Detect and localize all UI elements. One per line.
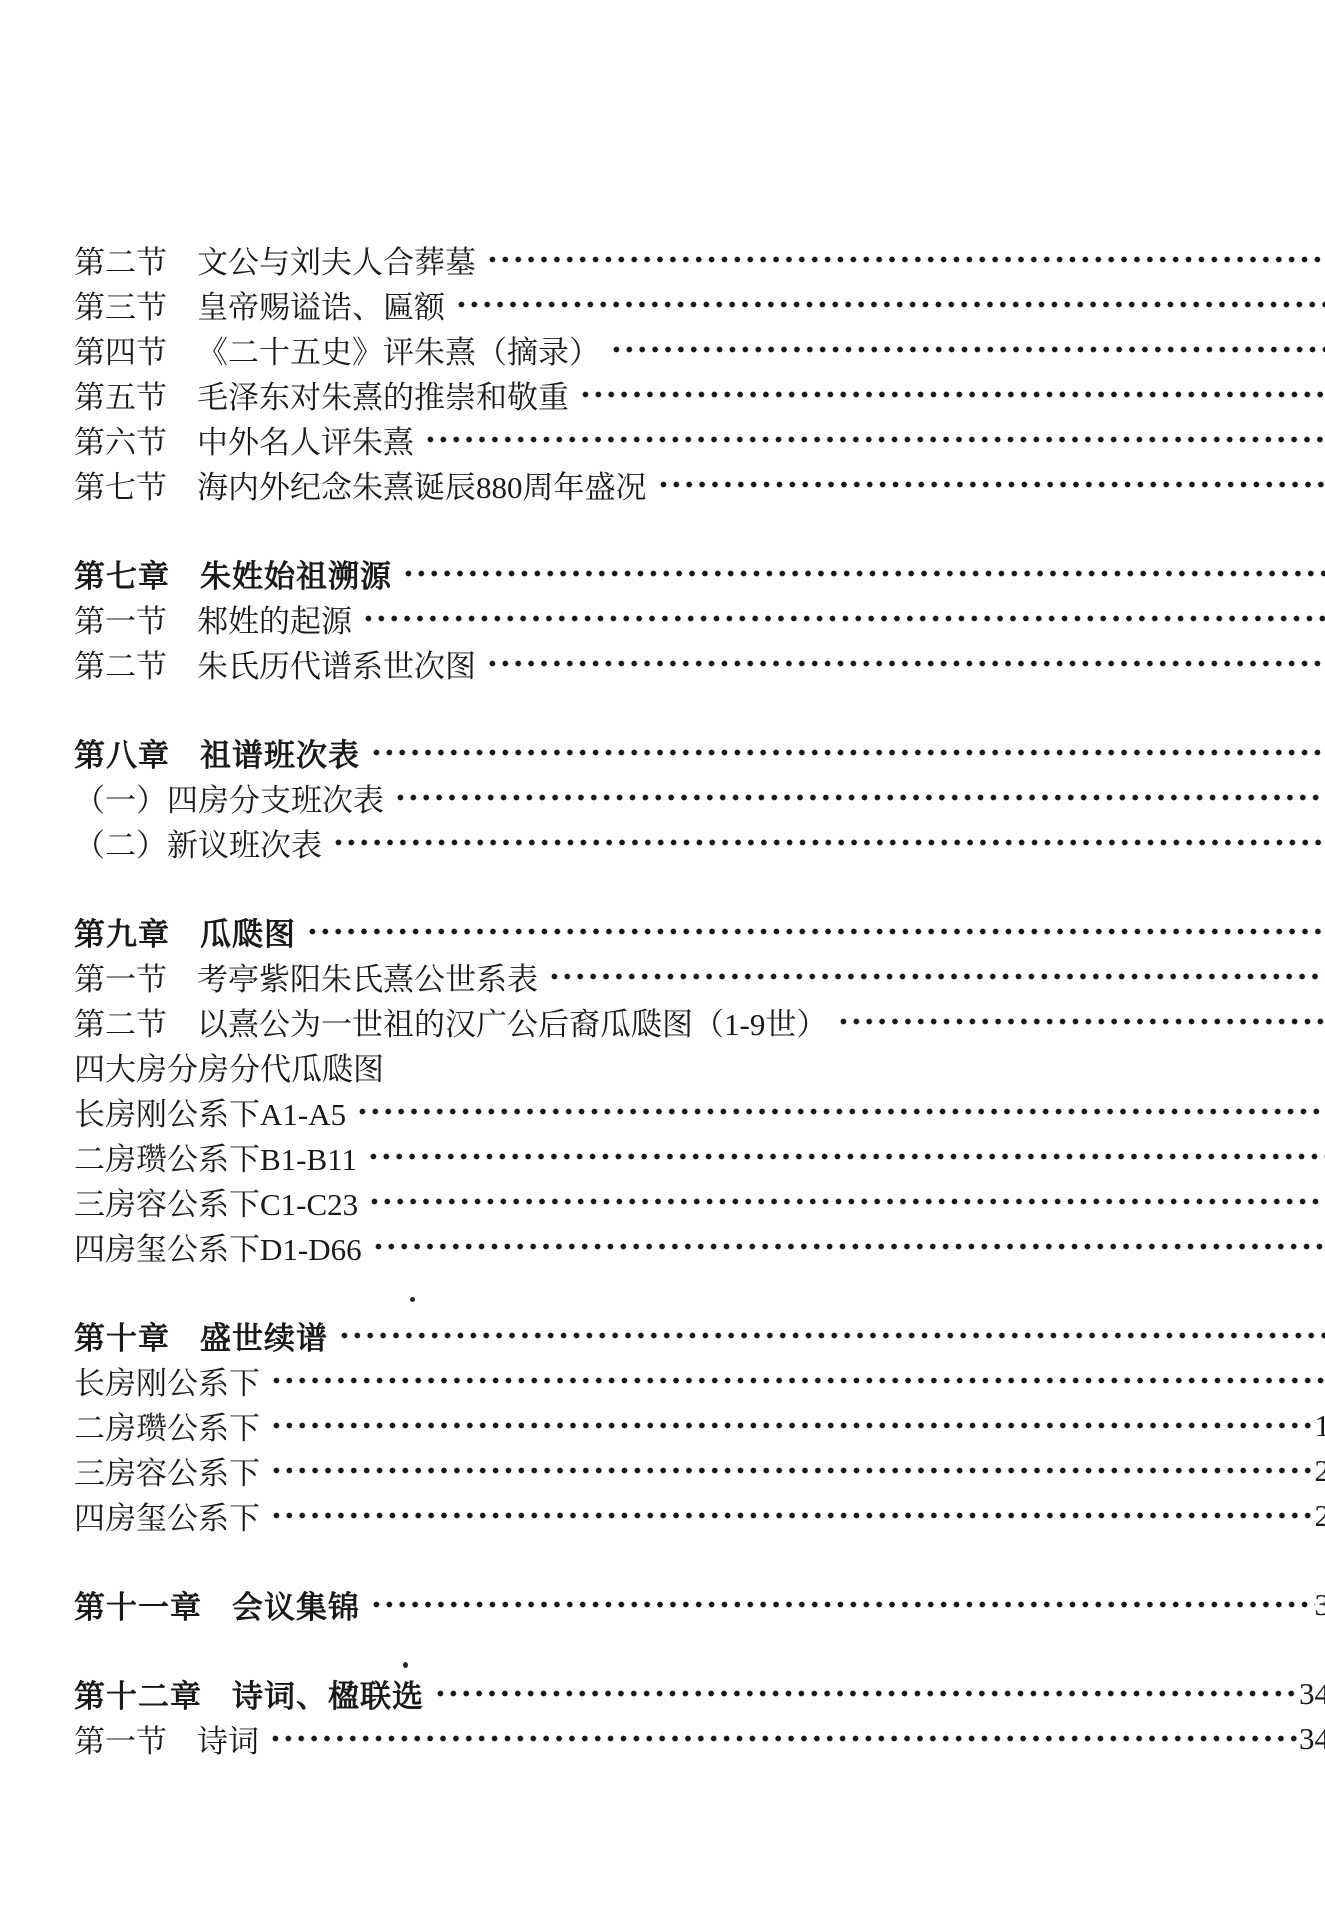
toc-chapter-entry: 第八章 祖谱班次表 [74,730,1325,775]
toc-chapter-entry: 第十章 盛世续谱 [74,1313,1325,1358]
dot-leader [434,1671,1299,1716]
toc-entry-number: 第六节 [74,417,167,462]
toc-entry-title: 皇帝赐谥诰、匾额 [197,282,445,327]
page-number: 1 [1315,1408,1325,1444]
toc-entry: 第二节 文公与刘夫人合葬墓 [74,237,1325,282]
dot-leader [338,1313,1325,1358]
toc-entry-title: 四房玺公系下D1-D66 [74,1224,362,1269]
toc-entry: （二）新议班次表 [74,820,1325,865]
page-number: 34 [1299,1721,1325,1757]
dot-leader [657,462,1325,507]
toc-entry-title: 长房刚公系下 [74,1358,260,1403]
toc-entry-title: 海内外纪念朱熹诞辰880周年盛况 [197,462,647,507]
toc-entry-title: 以熹公为一世祖的汉广公后裔瓜瓞图（1-9世） [197,999,827,1044]
toc-entry: （一）四房分支班次表 [74,775,1325,820]
toc-entry-title: 诗词、楹联选 [232,1671,424,1716]
toc-entry-number: 第八章 [74,730,170,775]
dot-leader [368,1179,1325,1224]
dot-leader [455,282,1325,327]
toc-chapter-entry: 第十一章 会议集锦 3 [74,1582,1325,1627]
toc-entry-title: 朱姓始祖溯源 [200,551,392,596]
dot-leader [270,1493,1315,1538]
dot-leader [486,641,1325,686]
toc-entry: 四房玺公系下 2 [74,1493,1325,1538]
toc-entry-title: 文公与刘夫人合葬墓 [197,237,476,282]
toc-entry: 长房刚公系下A1-A5 [74,1089,1325,1134]
toc-entry-number: 第十章 [74,1313,170,1358]
toc-entry-number: 第十一章 [74,1582,202,1627]
page-number: 2 [1315,1453,1325,1489]
toc-entry-title: （二）新议班次表 [74,820,322,865]
page-number: 3 [1315,1587,1325,1623]
table-of-contents: 第二节 文公与刘夫人合葬墓 第三节 皇帝赐谥诰、匾额 第四节 《二十五史》评朱熹… [74,237,1325,1761]
dot-leader [270,1403,1315,1448]
toc-entry-title: 祖谱班次表 [200,730,360,775]
toc-entry-title: 二房瓒公系下 [74,1403,260,1448]
dot-leader [548,954,1325,999]
dot-leader [837,999,1325,1044]
toc-entry: 三房容公系下 2 [74,1448,1325,1493]
toc-chapter-entry: 第九章 瓜瓞图 [74,909,1325,954]
toc-entry: 第一节 考亭紫阳朱氏熹公世系表 [74,954,1325,999]
toc-entry-title: 会议集锦 [232,1582,360,1627]
toc-entry-number: 第一节 [74,1716,167,1761]
toc-entry-title: 中外名人评朱熹 [197,417,414,462]
dot-leader [270,1448,1315,1493]
toc-entry: 第七节 海内外纪念朱熹诞辰880周年盛况 [74,462,1325,507]
toc-entry-number: 第二节 [74,237,167,282]
scan-artifact-dot [410,1297,415,1302]
page-number: 34 [1299,1676,1325,1712]
toc-entry-number: 第七节 [74,462,167,507]
dot-leader [402,551,1325,596]
toc-entry: 第二节 朱氏历代谱系世次图 [74,641,1325,686]
toc-entry: 第四节 《二十五史》评朱熹（摘录） [74,327,1325,372]
dot-leader [424,417,1325,462]
toc-entry-title: 朱氏历代谱系世次图 [197,641,476,686]
toc-entry: 第五节 毛泽东对朱熹的推崇和敬重 [74,372,1325,417]
toc-entry-number: 第九章 [74,909,170,954]
dot-leader [332,820,1325,865]
toc-entry-title: （一）四房分支班次表 [74,775,384,820]
dot-leader [370,730,1325,775]
toc-entry: 三房容公系下C1-C23 [74,1179,1325,1224]
toc-chapter-entry: 第十二章 诗词、楹联选 34 [74,1671,1325,1716]
dot-leader [370,1582,1315,1627]
toc-entry-title: 四大房分房分代瓜瓞图 [74,1044,384,1089]
dot-leader [356,1089,1325,1134]
toc-entry-number: 第四节 [74,327,167,372]
dot-leader [269,1716,1299,1761]
toc-entry: 第一节 诗词 34 [74,1716,1325,1761]
toc-entry-number: 第七章 [74,551,170,596]
dot-leader [486,237,1325,282]
dot-leader [610,327,1325,372]
dot-leader [372,1224,1325,1269]
dot-leader [270,1358,1325,1403]
toc-entry-title: 二房瓒公系下B1-B11 [74,1134,357,1179]
dot-leader [306,909,1325,954]
toc-entry-number: 第一节 [74,954,167,999]
toc-entry-number: 第一节 [74,596,167,641]
toc-entry-number: 第五节 [74,372,167,417]
dot-leader [367,1134,1325,1179]
toc-entry: 二房瓒公系下 1 [74,1403,1325,1448]
scan-artifact-dot [403,1662,408,1668]
toc-entry-title: 四房玺公系下 [74,1493,260,1538]
dot-leader [394,775,1325,820]
toc-entry-title: 长房刚公系下A1-A5 [74,1089,346,1134]
toc-entry-title: 盛世续谱 [200,1313,328,1358]
toc-entry-number: 第十二章 [74,1671,202,1716]
toc-entry-title: 《二十五史》评朱熹（摘录） [197,327,600,372]
toc-entry-title: 诗词 [197,1716,259,1761]
toc-entry: 四大房分房分代瓜瓞图 [74,1044,1325,1089]
toc-entry-number: 第三节 [74,282,167,327]
toc-entry-title: 瓜瓞图 [200,909,296,954]
toc-entry: 第二节 以熹公为一世祖的汉广公后裔瓜瓞图（1-9世） [74,999,1325,1044]
toc-entry: 第三节 皇帝赐谥诰、匾额 [74,282,1325,327]
toc-entry: 第一节 邾姓的起源 [74,596,1325,641]
dot-leader [362,596,1325,641]
toc-entry-title: 三房容公系下 [74,1448,260,1493]
toc-entry-title: 考亭紫阳朱氏熹公世系表 [197,954,538,999]
toc-entry-title: 邾姓的起源 [197,596,352,641]
toc-entry: 四房玺公系下D1-D66 [74,1224,1325,1269]
toc-entry: 长房刚公系下 [74,1358,1325,1403]
toc-entry: 二房瓒公系下B1-B11 [74,1134,1325,1179]
toc-entry-number: 第二节 [74,999,167,1044]
toc-entry-title: 毛泽东对朱熹的推崇和敬重 [197,372,569,417]
toc-entry: 第六节 中外名人评朱熹 [74,417,1325,462]
toc-entry-title: 三房容公系下C1-C23 [74,1179,358,1224]
dot-leader [579,372,1325,417]
toc-chapter-entry: 第七章 朱姓始祖溯源 [74,551,1325,596]
toc-entry-number: 第二节 [74,641,167,686]
scanned-toc-page: 第二节 文公与刘夫人合葬墓 第三节 皇帝赐谥诰、匾额 第四节 《二十五史》评朱熹… [0,0,1325,1920]
page-number: 2 [1315,1498,1325,1534]
